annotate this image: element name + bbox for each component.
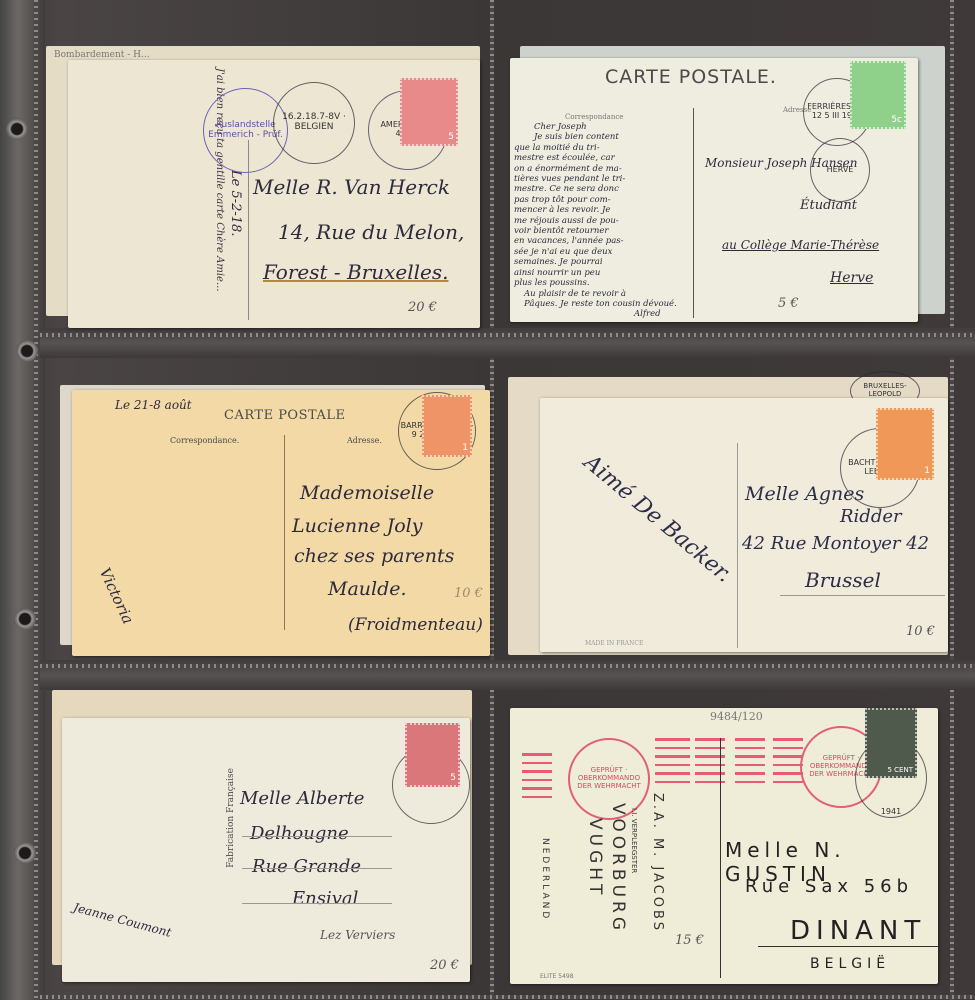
postage-stamp: 5c bbox=[850, 61, 906, 129]
binder-hole bbox=[6, 118, 28, 140]
sleeve-seam bbox=[40, 995, 975, 999]
postcard-bottom-right[interactable]: 9484/120 GEPRÜFT · OBERKOMMANDO DER WEHR… bbox=[510, 708, 938, 984]
address-rule bbox=[758, 946, 938, 947]
message-text: J'ai bien reçu ta gentille carte Chère A… bbox=[76, 68, 226, 323]
address-line: Étudiant bbox=[800, 198, 857, 213]
binder-hole bbox=[14, 608, 36, 630]
address-line: Rue Grande bbox=[252, 856, 361, 877]
message-text: Cher Joseph Je suis bien content que la … bbox=[514, 122, 694, 320]
binder-hole bbox=[14, 842, 36, 864]
back-card-header: Bombardement - H... bbox=[54, 50, 150, 60]
signature-text: Jeanne Coumont bbox=[72, 900, 173, 940]
address-line: Mademoiselle bbox=[300, 482, 434, 504]
address-line: DINANT bbox=[790, 916, 926, 946]
price-tag: 10 € bbox=[906, 624, 935, 639]
address-note: Lez Verviers bbox=[320, 928, 395, 942]
address-line: 14, Rue du Melon, bbox=[278, 220, 464, 244]
address-line: Forest - Bruxelles. bbox=[263, 260, 449, 284]
postage-stamp: 1 bbox=[422, 395, 472, 457]
address-line: au Collège Marie-Thérèse bbox=[722, 238, 879, 252]
sleeve-seam bbox=[950, 0, 954, 1000]
sender-line: NEDERLAND bbox=[540, 838, 550, 921]
sender-line: VUGHT bbox=[585, 818, 605, 898]
postcard-middle-right[interactable]: Aimé De Backer. MADE IN FRANCE BACHTE-MA… bbox=[540, 398, 948, 652]
postcard-top-left[interactable]: J'ai bien reçu ta gentille carte Chère A… bbox=[68, 60, 480, 328]
address-line: chez ses parents bbox=[294, 545, 454, 567]
correspondence-label: Correspondance. bbox=[170, 436, 239, 445]
correspondence-label: Correspondance bbox=[565, 113, 623, 121]
machine-cancel-lines bbox=[773, 738, 803, 783]
address-line: Herve bbox=[830, 270, 873, 286]
address-line: Maulde. bbox=[328, 578, 407, 600]
address-rule bbox=[242, 903, 392, 904]
date-text: Le 5-2-18. bbox=[228, 170, 243, 236]
binder-hole bbox=[16, 340, 38, 362]
address-line: Ridder bbox=[840, 506, 902, 527]
sender-line: Z.A. M. JACOBS bbox=[650, 793, 665, 933]
address-line: Rue Sax 56b bbox=[745, 876, 913, 897]
card-title: CARTE POSTALE bbox=[224, 408, 345, 423]
postage-stamp: 5 bbox=[400, 78, 458, 146]
message-text: Aimé De Backer. bbox=[579, 450, 736, 588]
sender-line: VOORBURG bbox=[608, 803, 628, 934]
card-divider bbox=[284, 435, 285, 630]
card-divider bbox=[737, 443, 738, 648]
signature-text: Victoria bbox=[96, 565, 138, 627]
address-line: Melle Agnes bbox=[745, 483, 864, 505]
machine-cancel-lines bbox=[522, 753, 552, 798]
machine-cancel-lines bbox=[735, 738, 765, 783]
address-line: Melle R. Van Herck bbox=[253, 175, 450, 199]
price-tag: 5 € bbox=[778, 296, 799, 311]
address-line: 42 Rue Montoyer 42 bbox=[742, 533, 929, 554]
address-line: (Froidmenteau) bbox=[348, 615, 483, 635]
postage-stamp: 5 CENT bbox=[865, 708, 917, 778]
address-line: Brussel bbox=[805, 568, 881, 592]
machine-cancel-lines bbox=[655, 738, 690, 783]
postage-stamp: 1 bbox=[876, 408, 934, 480]
card-divider bbox=[720, 738, 721, 978]
sleeve-seam bbox=[490, 0, 494, 1000]
address-line: Delhougne bbox=[250, 823, 349, 844]
price-tag: 15 € bbox=[675, 933, 704, 948]
address-line: Lucienne Joly bbox=[292, 515, 422, 537]
publisher-label: ELITE 5498 bbox=[540, 973, 574, 980]
sleeve-seam bbox=[40, 333, 975, 337]
date-text: Le 21-8 août bbox=[115, 398, 192, 412]
price-tag: 20 € bbox=[408, 300, 437, 315]
price-tag: 20 € bbox=[430, 958, 459, 973]
address-label: Adresse. bbox=[347, 436, 382, 445]
pencil-note: 9484/120 bbox=[710, 710, 763, 723]
address-rule bbox=[780, 595, 945, 596]
address-line: Melle Alberte bbox=[240, 788, 364, 809]
postcard-bottom-left[interactable]: Fabrication Française Jeanne Coumont HER… bbox=[62, 718, 470, 982]
price-tag: 10 € bbox=[454, 586, 483, 601]
address-line: Ensival bbox=[292, 888, 358, 909]
address-rule bbox=[242, 836, 392, 837]
sleeve-seam bbox=[40, 664, 975, 668]
card-title: CARTE POSTALE. bbox=[605, 66, 777, 88]
sender-line: I.I. VERPLEEGSTER bbox=[630, 808, 638, 873]
made-in-label: MADE IN FRANCE bbox=[585, 640, 643, 647]
postcard-top-right[interactable]: CARTE POSTALE. Correspondance Adresse Ch… bbox=[510, 58, 918, 322]
address-line: Monsieur Joseph Hansen bbox=[705, 156, 857, 170]
address-line: BELGIË bbox=[810, 956, 890, 972]
postage-stamp: 5 bbox=[405, 723, 460, 787]
postcard-middle-left[interactable]: Le 21-8 août CARTE POSTALE Correspondanc… bbox=[72, 390, 490, 656]
postmark-belgien: 16.2.18.7-8V · BELGIEN bbox=[273, 82, 355, 164]
address-rule bbox=[242, 868, 392, 869]
fabrication-label: Fabrication Française bbox=[226, 768, 236, 868]
postmark-herve: HERVE bbox=[810, 138, 870, 202]
